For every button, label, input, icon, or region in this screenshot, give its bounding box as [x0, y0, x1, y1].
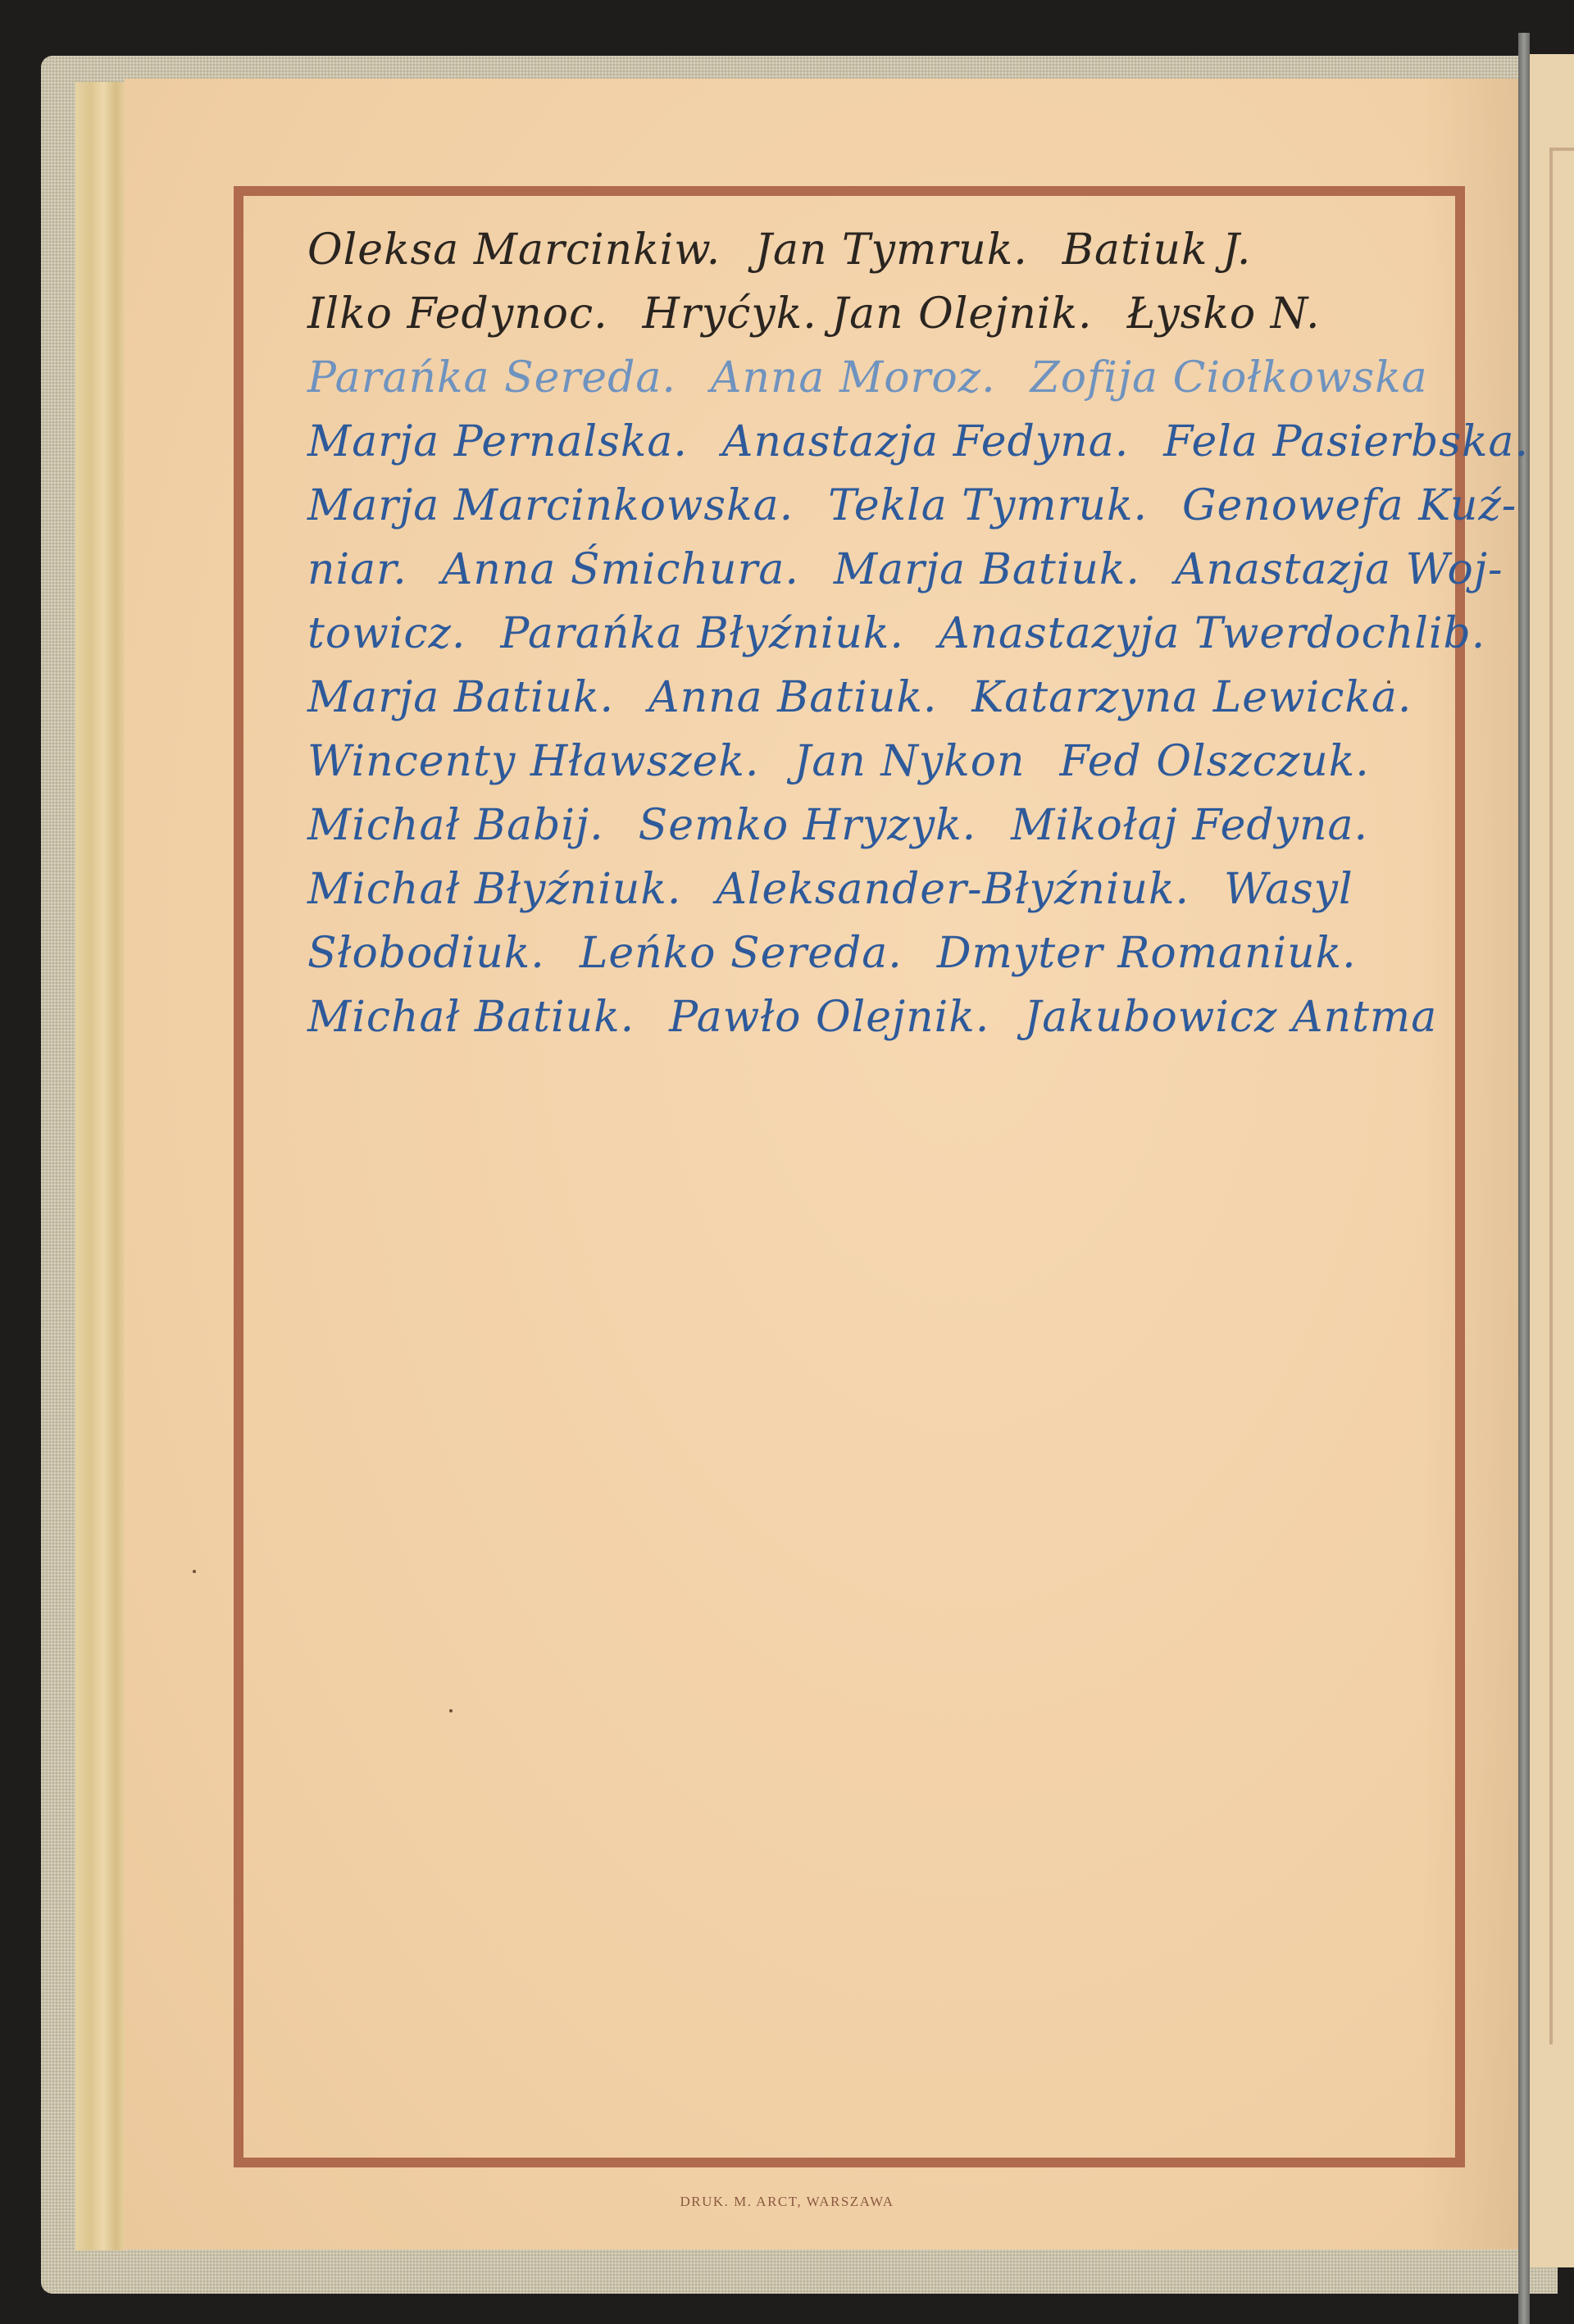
facing-page-frame — [1549, 148, 1574, 2044]
signature: Anastazyja Twerdochlib. — [939, 609, 1485, 658]
signature: Mikołaj Fedyna. — [1011, 801, 1368, 850]
signature: Anna Moroz. — [711, 353, 996, 402]
signature: Marja Batiuk. — [307, 673, 614, 722]
signature-line: Parańka Sereda.Anna Moroz.Zofija Ciołkow… — [307, 353, 1463, 417]
paper-speck — [193, 1570, 196, 1573]
signature: towicz. — [307, 609, 466, 658]
signature: Leńko Sereda. — [580, 929, 903, 978]
signature-line: Marja Marcinkowska.Tekla Tymruk.Genowefa… — [307, 481, 1463, 545]
signature: Michał Batiuk. — [307, 993, 635, 1042]
signature-line: niar.Anna Śmichura.Marja Batiuk.Anastazj… — [307, 545, 1463, 609]
signature-line: Słobodiuk.Leńko Sereda.Dmyter Romaniuk. — [307, 929, 1463, 993]
signature: Anna Batiuk. — [648, 673, 937, 722]
signature-line: Wincenty Hławszek.Jan NykonFed Olszczuk. — [307, 737, 1463, 801]
signature: Hryćyk. Jan Olejnik. — [643, 289, 1093, 339]
signature: Genowefa Kuź- — [1182, 481, 1517, 530]
signature-line: Michał Babij.Semko Hryzyk.Mikołaj Fedyna… — [307, 801, 1463, 865]
signature: Marja Marcinkowska. — [307, 481, 794, 530]
signature-line: Marja Batiuk.Anna Batiuk.Katarzyna Lewic… — [307, 673, 1463, 737]
signature-line: Marja Pernalska.Anastazja Fedyna.Fela Pa… — [307, 417, 1463, 481]
signature: Anastazja Woj- — [1175, 545, 1503, 594]
book-spine — [1518, 33, 1530, 2324]
signature: niar. — [307, 545, 407, 594]
signature: Semko Hryzyk. — [639, 801, 976, 850]
signature: Wincenty Hławszek. — [307, 737, 759, 786]
signature: Aleksander-Błyźniuk. — [716, 865, 1190, 914]
signature: Jan Tymruk. — [755, 225, 1028, 275]
signature: Katarzyna Lewicka. — [971, 673, 1412, 722]
signature: Marja Pernalska. — [307, 417, 688, 466]
signature-line: Ilko Fedynoc.Hryćyk. Jan Olejnik.Łysko N… — [307, 289, 1463, 353]
printer-imprint: DRUK. M. ARCT, WARSZAWA — [0, 2194, 1574, 2210]
signature: Dmyter Romaniuk. — [937, 929, 1357, 978]
paper-speck — [449, 1709, 453, 1712]
paper-speck — [1387, 680, 1390, 684]
signature: Anna Śmichura. — [442, 545, 799, 594]
signature: Michał Błyźniuk. — [307, 865, 681, 914]
signature: Marja Batiuk. — [834, 545, 1140, 594]
signature: Parańka Błyźniuk. — [500, 609, 904, 658]
signature-list: Oleksa Marcinkiw.Jan Tymruk.Batiuk J.Ilk… — [307, 225, 1463, 1057]
signature-line: Michał Błyźniuk.Aleksander-Błyźniuk.Wasy… — [307, 865, 1463, 929]
signature: Jan Nykon — [794, 737, 1025, 786]
signature: Oleksa Marcinkiw. — [307, 225, 721, 275]
signature-line: towicz.Parańka Błyźniuk.Anastazyja Twerd… — [307, 609, 1463, 673]
signature: Michał Babij. — [307, 801, 604, 850]
signature: Fela Pasierbska. — [1163, 417, 1529, 466]
page-edges — [75, 82, 126, 2250]
signature: Słobodiuk. — [307, 929, 545, 978]
signature-line: Oleksa Marcinkiw.Jan Tymruk.Batiuk J. — [307, 225, 1463, 289]
signature: Łysko N. — [1126, 289, 1320, 339]
signature: Fed Olszczuk. — [1060, 737, 1370, 786]
signature: Tekla Tymruk. — [828, 481, 1148, 530]
signature: Jakubowicz Antma — [1024, 993, 1437, 1042]
signature: Zofija Ciołkowska — [1030, 353, 1428, 402]
signature: Ilko Fedynoc. — [307, 289, 608, 339]
signature: Batiuk J. — [1062, 225, 1252, 275]
signature: Anastazja Fedyna. — [722, 417, 1129, 466]
signature: Parańka Sereda. — [307, 353, 676, 402]
signature: Pawło Olejnik. — [669, 993, 989, 1042]
signature: Wasyl — [1224, 865, 1353, 914]
signature-line: Michał Batiuk.Pawło Olejnik.Jakubowicz A… — [307, 993, 1463, 1057]
